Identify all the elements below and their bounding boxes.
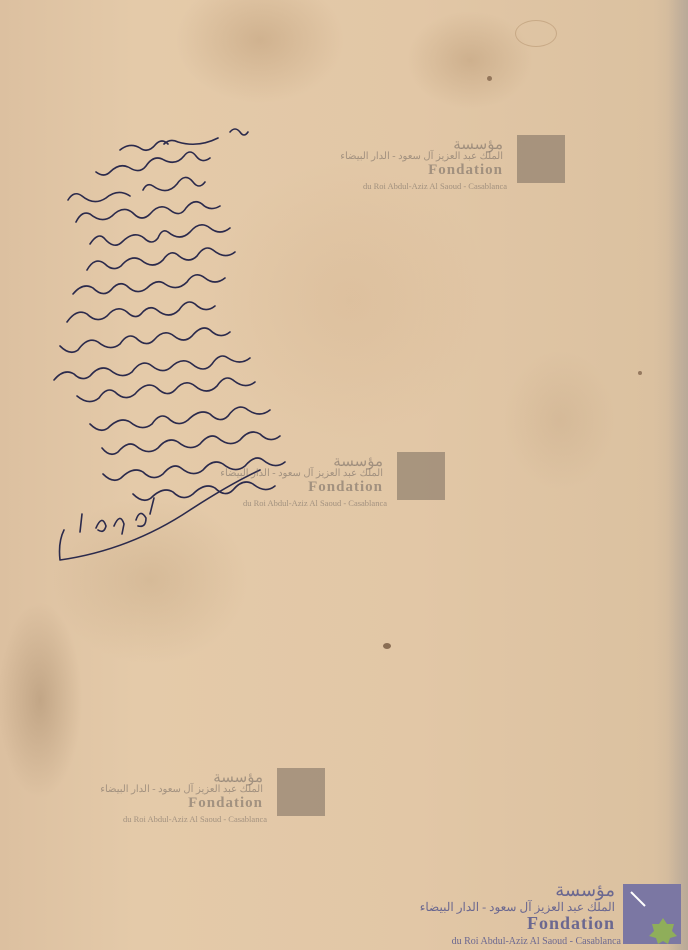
watermark-french-title: Fondation [527, 913, 615, 934]
watermark-bottom-right: مؤسسة الملك عبد العزيز آل سعود - الدار ا… [393, 880, 685, 950]
watermark-arabic-title: مؤسسة [555, 880, 615, 901]
watermark-french-title: Fondation [188, 795, 263, 812]
foundation-logo-icon [623, 884, 681, 944]
watermark-french-title: Fondation [428, 162, 503, 179]
watermark-french-subtitle: du Roi Abdul-Aziz Al Saoud - Casablanca [452, 936, 621, 947]
manuscript-page: مؤسسة الملك عبد العزيز آل سعود - الدار ا… [0, 0, 688, 950]
page-edge [668, 0, 688, 950]
foundation-logo-icon [397, 452, 445, 500]
ink-spot [383, 643, 391, 649]
star-emblem-icon [623, 884, 681, 944]
watermark-french-subtitle: du Roi Abdul-Aziz Al Saoud - Casablanca [363, 181, 507, 191]
watermark-french-title: Fondation [308, 479, 383, 496]
ink-spot [487, 76, 492, 81]
foundation-logo-icon [277, 768, 325, 816]
watermark-arabic-subtitle: الملك عبد العزيز آل سعود - الدار البيضاء [220, 468, 383, 479]
water-stain [515, 20, 557, 47]
watermark-arabic-subtitle: الملك عبد العزيز آل سعود - الدار البيضاء [100, 784, 263, 795]
watermark-french-subtitle: du Roi Abdul-Aziz Al Saoud - Casablanca [243, 498, 387, 508]
watermark-lower-left: مؤسسة الملك عبد العزيز آل سعود - الدار ا… [95, 768, 325, 828]
watermark-french-subtitle: du Roi Abdul-Aziz Al Saoud - Casablanca [123, 814, 267, 824]
handwriting-strokes [0, 120, 320, 600]
ink-spot [638, 371, 642, 375]
foundation-logo-icon [517, 135, 565, 183]
watermark-middle: مؤسسة الملك عبد العزيز آل سعود - الدار ا… [215, 452, 445, 512]
watermark-top: مؤسسة الملك عبد العزيز آل سعود - الدار ا… [335, 135, 565, 195]
arabic-handwriting [0, 120, 320, 600]
watermark-arabic-subtitle: الملك عبد العزيز آل سعود - الدار البيضاء [340, 151, 503, 162]
